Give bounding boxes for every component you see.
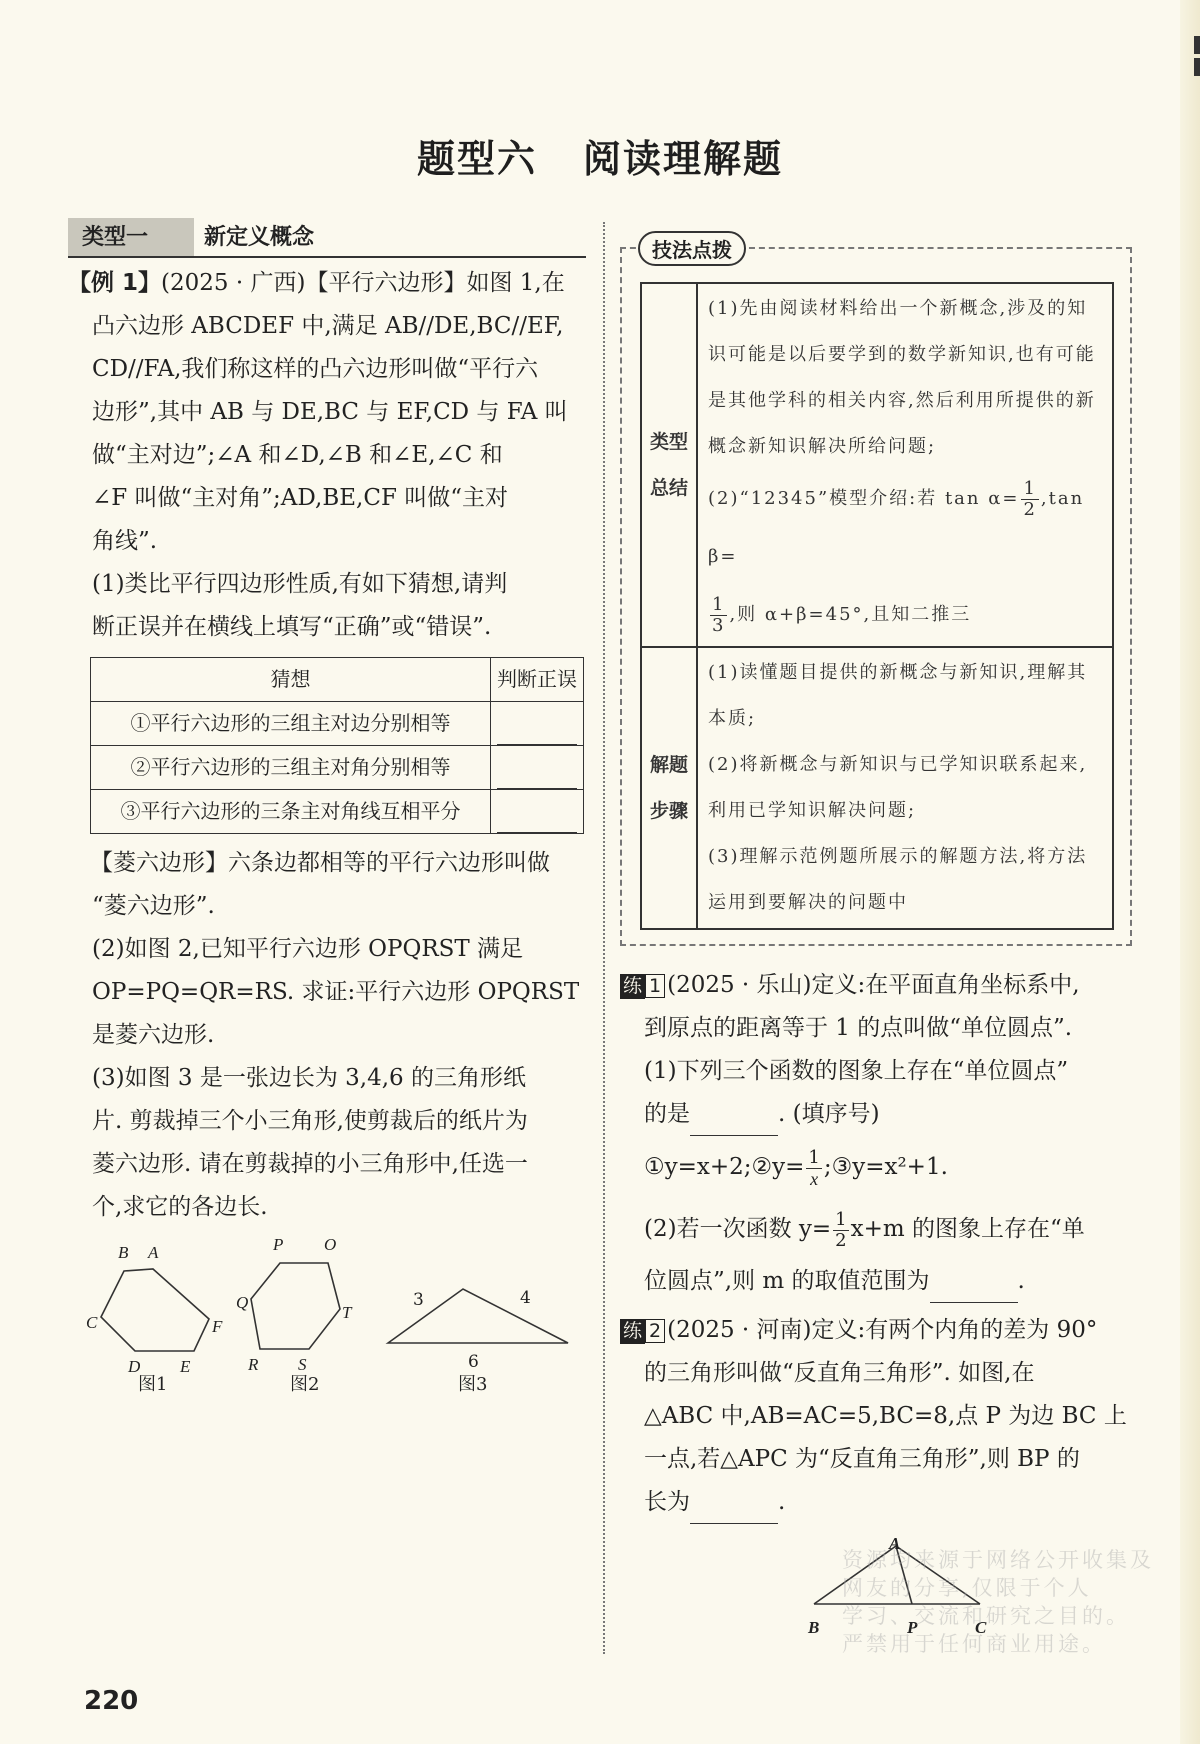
rhombus-definition-cont: “菱六边形”. <box>68 885 586 928</box>
question-2-cont: 位圆点”,则 m 的取值范围为. <box>620 1260 1132 1303</box>
answer-cell[interactable] <box>491 746 584 790</box>
left-column: 类型一 新定义概念 【例 1】(2025 · 广西)【平行六边形】如图 1,在 … <box>68 218 586 1399</box>
practice-source: (2025 · 乐山) <box>667 972 811 998</box>
label-line: 类型 <box>650 431 688 453</box>
tips-paragraph: (3)理解示范例题所展示的解题方法,将方法运用到要解决的问题中 <box>708 834 1102 926</box>
question-3-cont: 片. 剪裁掉三个小三角形,使剪裁后的纸片为 <box>68 1100 586 1143</box>
example-source: (2025 · 广西) <box>161 270 305 296</box>
example-label: 【例 1】 <box>68 270 161 296</box>
tips-table: 类型总结 (1)先由阅读材料给出一个新概念,涉及的知识可能是以后要学到的数学新知… <box>640 282 1114 930</box>
vertex-label: R <box>248 1343 258 1386</box>
text-line: 一点,若△APC 为“反直角三角形”,则 BP 的 <box>620 1438 1132 1481</box>
option-2: ②y= <box>752 1154 805 1180</box>
edge-mark <box>1194 58 1200 76</box>
text-line: △ABC 中,AB=AC=5,BC=8,点 P 为边 BC 上 <box>620 1395 1132 1438</box>
text: 的是 <box>644 1101 690 1127</box>
watermark: 资源均来源于网络公开收集及 网友的分享,仅限于个人 学习、交流和研究之目的。 严… <box>842 1546 1200 1658</box>
text-line: CD//FA,我们称这样的凸六边形叫做“平行六 <box>68 348 586 391</box>
text-line: 凸六边形 ABCDEF 中,满足 AB//DE,BC//EF, <box>68 305 586 348</box>
answer-cell[interactable] <box>491 790 584 834</box>
table-row: ①平行六边形的三组主对边分别相等 <box>91 702 584 746</box>
tips-body: (1)读懂题目提供的新概念与新知识,理解其本质; (2)将新概念与新知识与已学知… <box>697 647 1113 929</box>
answer-blank[interactable] <box>497 764 577 789</box>
watermark-line: 网友的分享,仅限于个人 <box>842 1574 1200 1602</box>
denominator: 2 <box>833 1231 848 1251</box>
figure3-caption: 图3 <box>458 1363 487 1406</box>
table-header-judgment: 判断正误 <box>491 658 584 702</box>
figure2-hexagon <box>251 1263 340 1349</box>
vertex-label: B <box>118 1231 128 1274</box>
tips-row-summary: 类型总结 (1)先由阅读材料给出一个新概念,涉及的知识可能是以后要学到的数学新知… <box>641 283 1113 647</box>
table-row: ②平行六边形的三组主对角分别相等 <box>91 746 584 790</box>
question-2: (2)如图 2,已知平行六边形 OPQRST 满足 <box>68 928 586 971</box>
rhombus-definition: 【菱六边形】六条边都相等的平行六边形叫做 <box>68 842 586 885</box>
answer-cell[interactable] <box>491 702 584 746</box>
question-1: (1)下列三个函数的图象上存在“单位圆点” <box>620 1050 1132 1093</box>
answer-line: 长为. <box>620 1481 1132 1524</box>
text-line: 做“主对边”;∠A 和∠D,∠B 和∠E,∠C 和 <box>68 434 586 477</box>
conjecture-cell: ①平行六边形的三组主对边分别相等 <box>91 702 491 746</box>
answer-blank[interactable] <box>930 1278 1018 1303</box>
tips-label: 类型总结 <box>641 283 697 647</box>
text-line: 边形”,其中 AB 与 DE,BC 与 EF,CD 与 FA 叫 <box>68 391 586 434</box>
fraction: 13 <box>710 595 727 636</box>
vertex-label: F <box>212 1305 222 1348</box>
question-1-cont: 的是. (填序号) <box>620 1093 1132 1136</box>
tips-label: 解题步骤 <box>641 647 697 929</box>
example-topic: 【平行六边形】 <box>305 270 466 296</box>
numerator: 1 <box>806 1148 821 1169</box>
table-header-conjecture: 猜想 <box>91 658 491 702</box>
question-3: (3)如图 3 是一张边长为 3,4,6 的三角形纸 <box>68 1057 586 1100</box>
watermark-line: 严禁用于任何商业用途。 <box>842 1630 1200 1658</box>
text-line: 到原点的距离等于 1 的点叫做“单位圆点”. <box>620 1007 1132 1050</box>
option-1: ①y=x+2; <box>644 1154 752 1180</box>
fraction: 1x <box>806 1148 821 1189</box>
label-line: 总结 <box>650 477 688 499</box>
section-tag: 类型一 <box>68 218 194 256</box>
text: 定义:在平面直角坐标系中, <box>812 972 1080 998</box>
page-edge <box>1180 0 1200 1744</box>
text: (2)“12345”模型介绍:若 tan α= <box>708 488 1019 509</box>
tips-row-steps: 解题步骤 (1)读懂题目提供的新概念与新知识,理解其本质; (2)将新概念与新知… <box>641 647 1113 929</box>
conjecture-cell: ③平行六边形的三条主对角线互相平分 <box>91 790 491 834</box>
practice-badge: 练2 <box>620 1319 665 1344</box>
answer-blank[interactable] <box>497 808 577 833</box>
practice-badge: 练1 <box>620 974 665 999</box>
page-title: 题型六阅读理解题 <box>0 128 1200 183</box>
option-3: ;③y=x²+1. <box>824 1154 948 1180</box>
denominator: 3 <box>710 616 727 636</box>
denominator: x <box>806 1169 821 1189</box>
side-label: 4 <box>520 1277 531 1320</box>
question-2-cont: 是菱六边形. <box>68 1014 586 1057</box>
conjecture-cell: ②平行六边形的三组主对角分别相等 <box>91 746 491 790</box>
text: 位圆点”,则 m 的取值范围为 <box>644 1268 930 1294</box>
tips-box: 技法点拨 类型总结 (1)先由阅读材料给出一个新概念,涉及的知识可能是以后要学到… <box>620 247 1132 946</box>
answer-blank[interactable] <box>497 720 577 745</box>
label-line: 解题 <box>650 754 688 776</box>
tips-paragraph: (1)读懂题目提供的新概念与新知识,理解其本质; <box>708 650 1102 742</box>
vertex-label: O <box>324 1223 336 1266</box>
example1-intro: 【例 1】(2025 · 广西)【平行六边形】如图 1,在 <box>68 262 586 305</box>
watermark-line: 学习、交流和研究之目的。 <box>842 1602 1200 1630</box>
tips-paragraph-12345: (2)“12345”模型介绍:若 tan α=12,tan β= 13,则 α+… <box>708 470 1102 644</box>
table-row: ③平行六边形的三条主对角线互相平分 <box>91 790 584 834</box>
watermark-line: 资源均来源于网络公开收集及 <box>842 1546 1200 1574</box>
text: 定义:有两个内角的差为 90° <box>812 1317 1098 1343</box>
section-name: 新定义概念 <box>194 218 314 256</box>
column-divider <box>603 222 605 1654</box>
practice-source: (2025 · 河南) <box>667 1317 811 1343</box>
practice-1: 练1(2025 · 乐山)定义:在平面直角坐标系中, 到原点的距离等于 1 的点… <box>620 964 1132 1303</box>
text-line: ∠F 叫做“主对角”;AD,BE,CF 叫做“主对 <box>68 477 586 520</box>
label-line: 步骤 <box>650 800 688 822</box>
side-label: 3 <box>413 1279 424 1322</box>
question-2: (2)若一次函数 y=12x+m 的图象上存在“单 <box>620 1198 1132 1260</box>
text: x+m 的图象上存在“单 <box>851 1216 1085 1242</box>
practice-2-head: 练2(2025 · 河南)定义:有两个内角的差为 90° <box>620 1309 1132 1352</box>
text: . <box>778 1489 785 1515</box>
denominator: 2 <box>1021 500 1038 520</box>
numerator: 1 <box>1021 479 1038 500</box>
badge-char: 练 <box>620 974 645 999</box>
tips-paragraph: (1)先由阅读材料给出一个新概念,涉及的知识可能是以后要学到的数学新知识,也有可… <box>708 286 1102 470</box>
fraction: 12 <box>1021 479 1038 520</box>
vertex-label: T <box>342 1291 351 1334</box>
text: . (填序号) <box>778 1101 880 1127</box>
badge-num: 2 <box>645 1319 665 1343</box>
figure1-caption: 图1 <box>138 1363 167 1406</box>
edge-mark <box>1194 36 1200 54</box>
title-type: 题型六 <box>417 136 537 181</box>
vertex-label: P <box>273 1223 283 1266</box>
answer-blank[interactable] <box>690 1111 778 1136</box>
right-column: 技法点拨 类型总结 (1)先由阅读材料给出一个新概念,涉及的知识可能是以后要学到… <box>620 232 1132 1634</box>
text: (2)若一次函数 y= <box>644 1216 831 1242</box>
fraction: 12 <box>833 1210 848 1251</box>
vertex-label: B <box>808 1606 819 1649</box>
answer-blank[interactable] <box>690 1499 778 1524</box>
numerator: 1 <box>710 595 727 616</box>
numerator: 1 <box>833 1210 848 1231</box>
example-figures: B A C F D E 图1 P O Q T R S 图2 3 4 6 图3 <box>68 1239 586 1399</box>
question-3-cont: 菱六边形. 请在剪裁掉的小三角形中,任选一 <box>68 1143 586 1186</box>
vertex-label: A <box>148 1231 158 1274</box>
figure2-caption: 图2 <box>290 1363 319 1406</box>
text-line: 如图 1,在 <box>466 270 564 296</box>
conjecture-table: 猜想 判断正误 ①平行六边形的三组主对边分别相等 ②平行六边形的三组主对角分别相… <box>90 657 584 834</box>
function-options: ①y=x+2;②y=1x;③y=x²+1. <box>620 1136 1132 1198</box>
vertex-label: C <box>86 1301 97 1344</box>
badge-num: 1 <box>645 974 665 998</box>
question-1-cont: 断正误并在横线上填写“正确”或“错误”. <box>68 606 586 649</box>
title-name: 阅读理解题 <box>583 136 783 181</box>
tips-badge: 技法点拨 <box>638 231 746 266</box>
question-2-cont: OP=PQ=QR=RS. 求证:平行六边形 OPQRST <box>68 971 586 1014</box>
page-number: 220 <box>84 1686 138 1716</box>
badge-char: 练 <box>620 1319 645 1344</box>
tips-body: (1)先由阅读材料给出一个新概念,涉及的知识可能是以后要学到的数学新知识,也有可… <box>697 283 1113 647</box>
text-line: 角线”. <box>68 520 586 563</box>
text: 长为 <box>644 1489 690 1515</box>
vertex-label: E <box>180 1345 190 1388</box>
text-line: 的三角形叫做“反直角三角形”. 如图,在 <box>620 1352 1132 1395</box>
tips-paragraph: (2)将新概念与新知识与已学知识联系起来,利用已学知识解决问题; <box>708 742 1102 834</box>
practice-1-head: 练1(2025 · 乐山)定义:在平面直角坐标系中, <box>620 964 1132 1007</box>
section-header: 类型一 新定义概念 <box>68 218 586 258</box>
text: ,则 α+β=45°,且知二推三 <box>729 604 971 625</box>
text: . <box>1018 1268 1025 1294</box>
figure1-hexagon <box>101 1269 209 1351</box>
question-1: (1)类比平行四边形性质,有如下猜想,请判 <box>68 563 586 606</box>
vertex-label: Q <box>236 1281 248 1324</box>
